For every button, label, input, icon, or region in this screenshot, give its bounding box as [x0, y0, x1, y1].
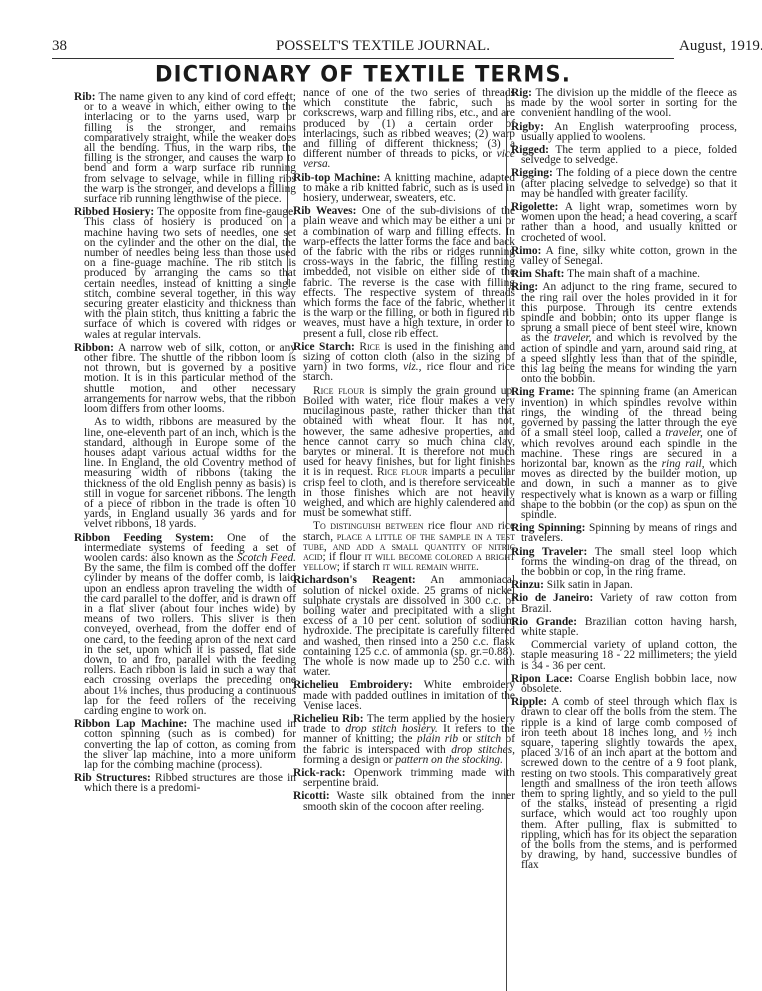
dictionary-entry: Rib Structures: Ribbed structures are th…: [74, 773, 296, 793]
dictionary-entry: Ripon Lace: Coarse English bobbin lace, …: [511, 674, 737, 694]
dictionary-entry: Ring Traveler: The small steel loop whic…: [511, 547, 737, 578]
page-title: DICTIONARY OF TEXTILE TERMS.: [52, 61, 674, 86]
dictionary-entry: Rib: The name given to any kind of cord …: [74, 92, 296, 204]
issue-date: August, 1919.: [679, 38, 762, 55]
entry-definition: A comb of steel through which flax is dr…: [521, 696, 737, 871]
entry-definition: Waste silk obtained from the inner smoot…: [303, 790, 515, 812]
entry-definition: The name given to any kind of cord effec…: [84, 91, 296, 205]
dictionary-entry: Richelieu Embroidery: White embroidery m…: [293, 680, 515, 711]
entry-definition: forming a design or: [303, 754, 395, 766]
dictionary-entry: Rib-top Machine: A knitting machine, ada…: [293, 173, 515, 204]
entry-paragraph: Commercial variety of upland cotton, the…: [511, 640, 737, 671]
header-rule: [52, 58, 674, 59]
journal-title: POSSELT'S TEXTILE JOURNAL.: [78, 38, 688, 55]
dictionary-entry: Rigby: An English waterproofing process,…: [511, 122, 737, 142]
page-number: 38: [52, 38, 67, 55]
entry-definition: As to width, ribbons are measured by the…: [84, 416, 296, 530]
entry-definition: An English waterproofing process, usuall…: [521, 121, 737, 143]
entry-definition: which moves as directed by the builder m…: [521, 458, 737, 521]
entry-definition: is simply the grain ground up. Boiled wi…: [303, 385, 515, 479]
dictionary-entry: Ribbon Lap Machine: The machine used in …: [74, 719, 296, 770]
italic-text: viz.,: [403, 361, 421, 373]
dictionary-entry: Rigging: The folding of a piece down the…: [511, 168, 737, 199]
entry-continuation: nance of one of the two series of thread…: [293, 88, 515, 170]
entry-paragraph: To distinguish between rice flour and ri…: [293, 521, 515, 572]
dictionary-entry: Rigolette: A light wrap, sometimes worn …: [511, 202, 737, 243]
dictionary-entry: Rio de Janeiro: Variety of raw cotton fr…: [511, 593, 737, 613]
entry-definition: The division up the middle of the fleece…: [521, 87, 737, 119]
entry-paragraph: Rice flour is simply the grain ground up…: [293, 386, 515, 519]
entry-definition: The folding of a piece down the centre (…: [521, 167, 737, 199]
entry-definition: The opposite from fine-gauge. This class…: [84, 206, 296, 340]
entry-definition: By the same, the film is combed off the …: [84, 562, 296, 717]
small-caps-text: it will remain white.: [380, 561, 479, 573]
entry-definition: nance of one of the two series of thread…: [303, 87, 515, 160]
dictionary-entry: Rio Grande: Brazilian cotton having hars…: [511, 617, 737, 637]
dictionary-entry: Ribbon Feeding System: One of the interm…: [74, 533, 296, 717]
column-3: Rig: The division up the middle of the f…: [511, 88, 737, 874]
entry-definition: Commercial variety of upland cotton, the…: [521, 639, 737, 671]
entry-definition: An ammoniacal solution of nickel oxide. …: [303, 574, 515, 678]
entry-paragraph: As to width, ribbons are measured by the…: [74, 417, 296, 529]
column-divider-2: [506, 92, 507, 991]
entry-term: Rinzu:: [511, 579, 544, 591]
dictionary-entry: Ricotti: Waste silk obtained from the in…: [293, 791, 515, 811]
column-1: Rib: The name given to any kind of cord …: [74, 92, 296, 797]
dictionary-entry: Rimo: A fine, silky white cotton, grown …: [511, 246, 737, 266]
dictionary-entry: Rigged: The term applied to a piece, fol…: [511, 145, 737, 165]
dictionary-entry: Richelieu Rib: The term applied by the h…: [293, 714, 515, 765]
dictionary-entry: Rib Weaves: One of the sub-divisions of …: [293, 206, 515, 339]
entry-definition: A narrow web of silk, cotton, or any oth…: [84, 342, 296, 415]
dictionary-entry: Ring Frame: The spinning frame (an Ameri…: [511, 387, 737, 520]
dictionary-entry: Rinzu: Silk satin in Japan.: [511, 580, 737, 590]
dictionary-entry: Ribbed Hosiery: The opposite from fine-g…: [74, 207, 296, 340]
dictionary-entry: Rig: The division up the middle of the f…: [511, 88, 737, 119]
italic-text: pattern on the stocking.: [395, 754, 503, 766]
column-divider-1: [287, 92, 288, 285]
entry-definition: The term applied to a piece, folded selv…: [521, 144, 737, 166]
dictionary-entry: Richardson's Reagent: An ammoniacal solu…: [293, 575, 515, 677]
dictionary-entry: Rim Shaft: The main shaft of a machine.: [511, 269, 737, 279]
dictionary-entry: Ring Spinning: Spinning by means of ring…: [511, 523, 737, 543]
running-head: 38 POSSELT'S TEXTILE JOURNAL. August, 19…: [52, 38, 474, 58]
dictionary-entry: Rice Starch: Rice is used in the finishi…: [293, 342, 515, 383]
entry-term: Rim Shaft:: [511, 268, 564, 280]
dictionary-entry: Rick-rack: Openwork trimming made with s…: [293, 768, 515, 788]
entry-definition: Silk satin in Japan.: [547, 579, 633, 591]
entry-definition: The main shaft of a machine.: [567, 268, 700, 280]
entry-definition: if starch: [343, 561, 380, 573]
column-2: nance of one of the two series of thread…: [293, 88, 515, 815]
dictionary-entry: Ribbon: A narrow web of silk, cotton, or…: [74, 343, 296, 414]
dictionary-entry: Ripple: A comb of steel through which fl…: [511, 697, 737, 870]
entry-definition: One of the sub-divisions of the plain we…: [303, 205, 515, 339]
dictionary-entry: Ring: An adjunct to the ring frame, secu…: [511, 282, 737, 384]
entry-definition: A fine, silky white cotton, grown in the…: [521, 245, 737, 267]
